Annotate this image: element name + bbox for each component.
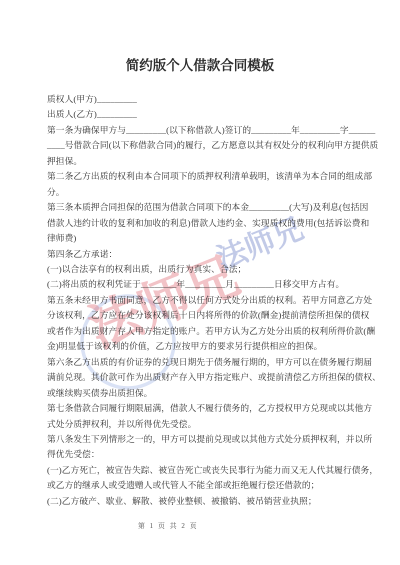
contract-line: (一)以合法享有的权利出质，出质行为真实、合法；: [47, 262, 360, 277]
contract-line: 第一条为确保甲方与_________(以下称借款人)签订的_________年_…: [47, 123, 360, 138]
contract-line: 分该权利，乙方应在处分该权利后十日内将所得的价款(酬金)提前清偿所担保的债权: [47, 308, 360, 323]
contract-line: (一)乙方死亡，被宣告失踪、被宣告死亡或丧失民事行为能力而又无人代其履行债务，: [47, 463, 360, 478]
contract-line: 或继续购买债券出质担保。: [47, 386, 360, 401]
contract-line: 或乙方的继承人或受遗赠人或代管人不能全部或拒绝履行偿还借款的；: [47, 478, 360, 493]
contract-line: 第三条本质押合同担保的范围为借款合同项下的本金_________(大写)及利息(…: [47, 200, 360, 215]
contract-line: 金)明显低于该权利的价值，乙方应按甲方的要求另行提供相应的担保。: [47, 339, 360, 354]
contract-body: 质权人(甲方)_________ 出质人(乙方)_________ 第一条为确保…: [47, 92, 360, 509]
contract-line: 第四条乙方承诺：: [47, 247, 360, 262]
contract-line: 借款人违约计收的复利和加收的利息)借款人违约金、实现质权的费用(包括诉讼费和: [47, 216, 360, 231]
contract-line: (二)将出质的权利凭证于________年_________月_________…: [47, 277, 360, 292]
contract-line: 押担保。: [47, 154, 360, 169]
contract-line: 律师费): [47, 231, 360, 246]
contract-page: 法师兄 法师兄 简约版个人借款合同模板 质权人(甲方)_________ 出质人…: [0, 0, 400, 565]
page-number: 第 1 页 共 2 页: [0, 522, 336, 531]
contract-line: 满前兑现。其价款可作为出质财产存入甲方指定账户、或提前清偿乙方所担保的债权、: [47, 370, 360, 385]
contract-line: (二)乙方破产、歇业、解散、被停业整顿、被撤销、被吊销营业执照；: [47, 494, 360, 509]
contract-line: 第六条乙方出质的有价证券的兑现日期先于债务履行期的，甲方可以在债务履行期届: [47, 355, 360, 370]
contract-line: 质权人(甲方)_________: [47, 92, 360, 107]
contract-line: 分。: [47, 185, 360, 200]
contract-line: 或者作为出质财产存人甲方指定的账户。若甲方认为乙方处分出质的权利所得价款(酬: [47, 324, 360, 339]
contract-line: 第八条发生下列情形之一的，甲方可以提前兑现或以其他方式处分质押权利，并以所: [47, 432, 360, 447]
contract-line: 出质人(乙方)_________: [47, 107, 360, 122]
contract-line: 第七条借款合同履行期限届满，借款人不履行债务的，乙方授权甲方兑现或以其他方: [47, 401, 360, 416]
contract-line: 得优先受偿：: [47, 447, 360, 462]
contract-line: 式处分质押权利，并以所得优先受偿。: [47, 417, 360, 432]
contract-line: 第五条未经甲方书面同意，乙方不得以任何方式处分出质的权利。若甲方同意乙方处: [47, 293, 360, 308]
contract-line: ____号借款合同(以下称借款合同)的履行，乙方愿意以其有权处分的权利向甲方提供…: [47, 138, 360, 153]
document-title: 简约版个人借款合同模板: [0, 54, 400, 74]
contract-line: 第二条乙方出质的权利由本合同项下的质押权利清单载明，该清单为本合同的组成部: [47, 169, 360, 184]
